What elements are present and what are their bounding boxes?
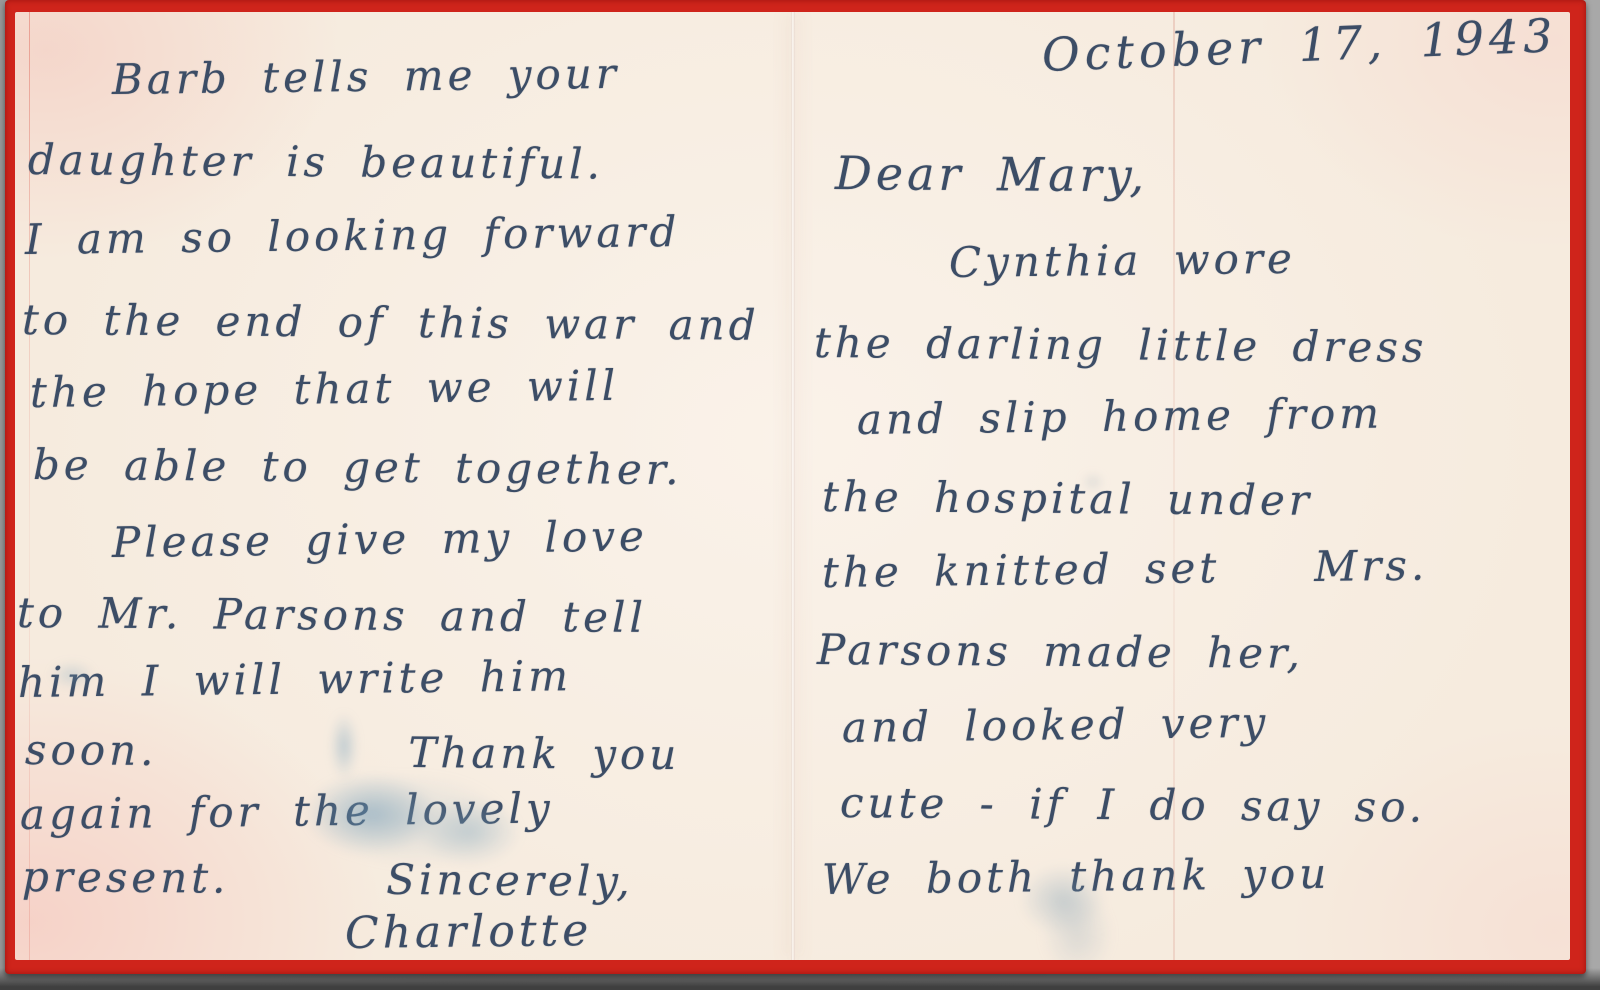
handwritten-line: soon. Thank you (25, 725, 681, 779)
handwritten-line: present. Sincerely, (22, 852, 634, 906)
handwritten-line: cute - if I do say so. (840, 778, 1426, 832)
handwritten-line: the hope that we will (30, 361, 620, 417)
handwritten-line: the hospital under (822, 472, 1313, 525)
scanner-background: Barb tells me your daughter is beautiful… (0, 0, 1600, 990)
salutation: Dear Mary, (835, 146, 1149, 202)
handwritten-line: and slip home from (857, 389, 1384, 444)
handwritten-line: the knitted set Mrs. (822, 541, 1429, 597)
handwritten-line: the darling little dress (814, 318, 1428, 372)
letter-page-right: October 17, 1943 Dear Mary, Cynthia wore… (795, 12, 1570, 960)
handwritten-line: Cynthia wore (949, 234, 1296, 287)
handwritten-line: Barb tells me your (112, 49, 620, 104)
handwritten-line: be able to get together. (33, 440, 683, 494)
handwritten-line: I am so looking forward (25, 207, 681, 264)
letter-page-left: Barb tells me your daughter is beautiful… (15, 12, 791, 960)
handwritten-line: Parsons made her, (817, 625, 1304, 678)
letter-date: October 17, 1943 (1041, 12, 1558, 82)
handwritten-line: to the end of this war and (22, 295, 760, 350)
note-card-red-border: Barb tells me your daughter is beautiful… (5, 0, 1586, 974)
handwritten-line: Please give my love (112, 511, 648, 567)
handwritten-line: again for the lovely (20, 783, 554, 839)
handwritten-line: and looked very (842, 698, 1270, 752)
signature: Charlotte (345, 905, 593, 959)
handwritten-line: daughter is beautiful. (28, 135, 604, 189)
handwritten-line: him I will write him (18, 651, 573, 707)
handwritten-line: to Mr. Parsons and tell (17, 588, 647, 642)
handwritten-line: We both thank you (822, 849, 1331, 904)
letter-paper: Barb tells me your daughter is beautiful… (15, 12, 1570, 960)
